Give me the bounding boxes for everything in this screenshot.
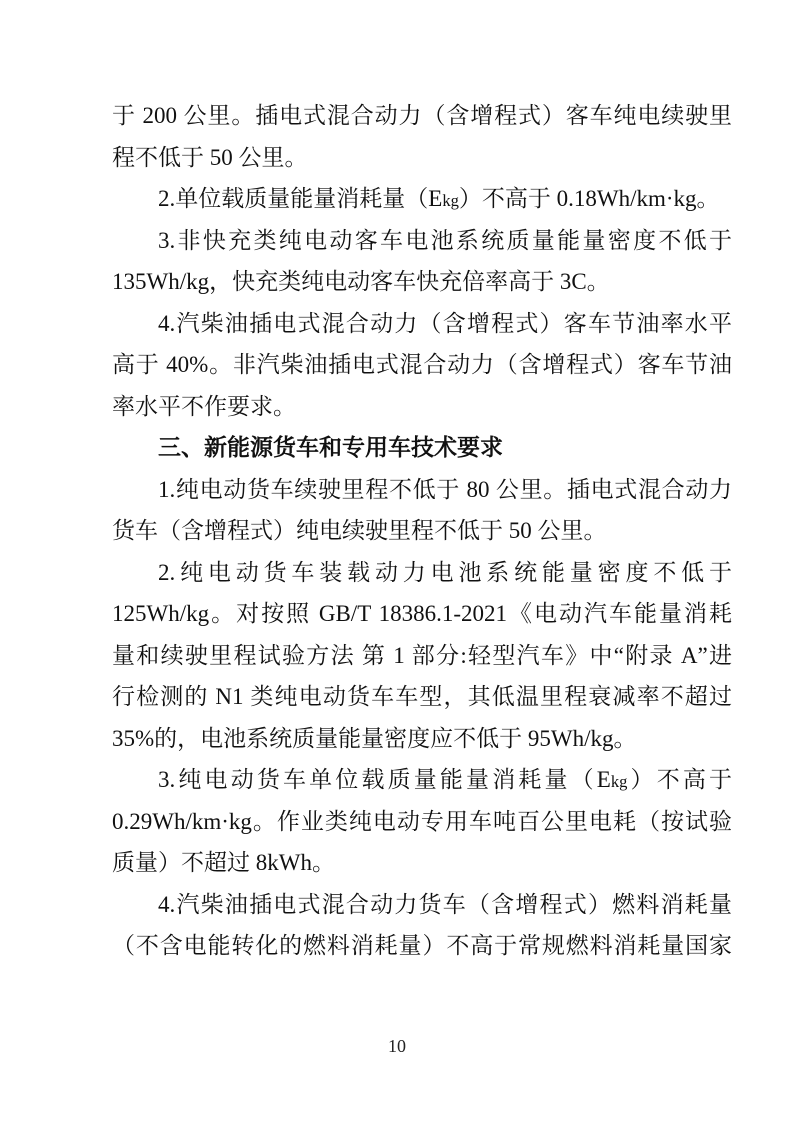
text-line: 质量）不超过 8kWh。 [112,842,732,884]
text-line: 4.汽柴油插电式混合动力（含增程式）客车节油率水平 [112,303,732,345]
text-line: 于 200 公里。插电式混合动力（含增程式）客车纯电续驶里 [112,95,732,137]
text-line: 135Wh/kg，快充类纯电动客车快充倍率高于 3C。 [112,261,732,303]
subscript-kg: kg [442,191,459,210]
text-line: 率水平不作要求。 [112,386,732,428]
text-line: 35%的，电池系统质量能量密度应不低于 95Wh/kg。 [112,718,732,760]
text-line: 0.29Wh/km·kg。作业类纯电动专用车吨百公里电耗（按试验 [112,801,732,843]
text-line: 2.纯电动货车装载动力电池系统能量密度不低于 [112,552,732,594]
text-line: 1.纯电动货车续驶里程不低于 80 公里。插电式混合动力 [112,469,732,511]
text-line: 程不低于 50 公里。 [112,137,732,179]
text-line: 125Wh/kg。对按照 GB/T 18386.1-2021《电动汽车能量消耗 [112,593,732,635]
text-line: 量和续驶里程试验方法 第 1 部分:轻型汽车》中“附录 A”进 [112,635,732,677]
document-body: 于 200 公里。插电式混合动力（含增程式）客车纯电续驶里程不低于 50 公里。… [112,95,732,967]
text-line: 3.纯电动货车单位载质量能量消耗量（Ekg）不高于 [112,759,732,801]
document-page: 于 200 公里。插电式混合动力（含增程式）客车纯电续驶里程不低于 50 公里。… [0,0,794,1123]
text-line: 4.汽柴油插电式混合动力货车（含增程式）燃料消耗量 [112,884,732,926]
text-line: 2.单位载质量能量消耗量（Ekg）不高于 0.18Wh/km·kg。 [112,178,732,220]
page-number: 10 [0,1036,794,1057]
subscript-kg: kg [611,772,628,791]
text-line: 高于 40%。非汽柴油插电式混合动力（含增程式）客车节油 [112,344,732,386]
section-heading: 三、新能源货车和专用车技术要求 [112,427,732,469]
text-line: （不含电能转化的燃料消耗量）不高于常规燃料消耗量国家 [112,925,732,967]
text-line: 行检测的 N1 类纯电动货车车型，其低温里程衰减率不超过 [112,676,732,718]
text-line: 3.非快充类纯电动客车电池系统质量能量密度不低于 [112,220,732,262]
text-line: 货车（含增程式）纯电续驶里程不低于 50 公里。 [112,510,732,552]
